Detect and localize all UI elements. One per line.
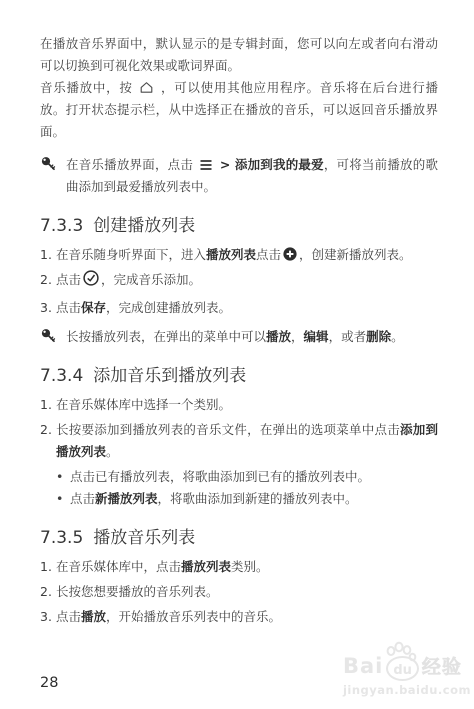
section-7-3-4: 7.3.4添加音乐到播放列表 1. 在音乐媒体库中选择一个类别。 2. 长按要添… [40, 361, 438, 510]
text-run: 播放列表 [206, 247, 256, 262]
text-run: 类别。 [231, 559, 269, 574]
step-item: 1. 在音乐媒体库中选择一个类别。 [40, 394, 438, 416]
step-text: 在音乐随身听界面下，进入播放列表点击，创建新播放列表。 [56, 244, 438, 266]
baidu-watermark: Bai du 经验 jingyan.baidu.com [343, 650, 471, 697]
step-number: 1. [40, 556, 56, 578]
page-footer: 28 Bai du 经验 jingyan.baidu.com [0, 629, 474, 709]
step-item: 3. 点击播放，开始播放音乐列表中的音乐。 [40, 606, 438, 628]
text-run: ，创建新播放列表。 [299, 247, 412, 262]
text-run: 保存 [81, 300, 106, 315]
home-icon [139, 81, 154, 94]
section-number: 7.3.4 [40, 366, 83, 386]
step-text: 点击保存，完成创建播放列表。 [56, 297, 438, 319]
step-number: 1. [40, 394, 56, 416]
section-7-3-3: 7.3.3创建播放列表 1. 在音乐随身听界面下，进入播放列表点击，创建新播放列… [40, 211, 438, 348]
step-text: 点击播放，开始播放音乐列表中的音乐。 [56, 606, 438, 628]
bullet-text: 点击新播放列表，将歌曲添加到新建的播放列表中。 [70, 488, 438, 510]
step-item: 2. 点击，完成音乐添加。 [40, 269, 438, 291]
text-run: 长按播放列表，在弹出的菜单中可以 [66, 329, 266, 344]
intro-paragraph-1: 在播放音乐界面中，默认显示的是专辑封面，您可以向左或者向右滑动可以切换到可视化效… [40, 33, 438, 77]
step-text: 在音乐媒体库中选择一个类别。 [56, 394, 438, 416]
step-item: 3. 点击保存，完成创建播放列表。 [40, 297, 438, 319]
step-text: 在音乐媒体库中，点击播放列表类别。 [56, 556, 438, 578]
step-number: 1. [40, 244, 56, 266]
text-run: 在播放音乐界面中，默认显示的是专辑封面，您可以向左或者向右滑动可以切换到可视化效… [40, 36, 438, 73]
text-run: 。 [106, 444, 119, 459]
text-run: ，完成创建播放列表。 [106, 300, 231, 315]
section-title: 添加音乐到播放列表 [93, 366, 246, 386]
section-title: 创建播放列表 [93, 216, 195, 236]
step-number: 2. [40, 419, 56, 463]
text-run: 点击 [70, 491, 95, 506]
paw-icon [382, 641, 418, 667]
text-run: 新播放列表 [95, 491, 158, 506]
step-text: 长按要添加到播放列表的音乐文件，在弹出的选项菜单中点击添加到播放列表。 [56, 419, 438, 463]
key-icon [40, 326, 58, 348]
bullet-item: 点击新播放列表，将歌曲添加到新建的播放列表中。 [56, 488, 438, 510]
note-text: 长按播放列表，在弹出的菜单中可以播放，编辑，或者删除。 [66, 326, 438, 348]
text-run: 在音乐播放界面，点击 [66, 157, 197, 172]
text-run: 在音乐随身听界面下，进入 [56, 247, 206, 262]
text-run: 播放列表 [181, 559, 231, 574]
section-7-3-5: 7.3.5播放音乐列表 1. 在音乐媒体库中，点击播放列表类别。 2. 长按您想… [40, 523, 438, 628]
manual-page: 在播放音乐界面中，默认显示的是专辑封面，您可以向左或者向右滑动可以切换到可视化效… [0, 0, 474, 709]
text-run: 。 [391, 329, 404, 344]
step-item: 2. 长按您想要播放的音乐列表。 [40, 581, 438, 603]
text-run: 点击 [56, 300, 81, 315]
text-run: 在音乐媒体库中，点击 [56, 559, 181, 574]
text-run: 长按要添加到播放列表的音乐文件，在弹出的选项菜单中点击 [56, 422, 400, 437]
step-item: 1. 在音乐随身听界面下，进入播放列表点击，创建新播放列表。 [40, 244, 438, 266]
note-text: 在音乐播放界面，点击 > 添加到我的最爱，可将当前播放的歌曲添加到最爱播放列表中… [66, 154, 438, 198]
section-heading: 7.3.5播放音乐列表 [40, 523, 438, 548]
page-content: 在播放音乐界面中，默认显示的是专辑封面，您可以向左或者向右滑动可以切换到可视化效… [0, 0, 474, 628]
bullet-dot [56, 488, 70, 510]
text-run: 播放 [266, 329, 291, 344]
section-heading: 7.3.4添加音乐到播放列表 [40, 361, 438, 386]
text-run: 点击 [256, 247, 281, 262]
text-run: 播放 [81, 609, 106, 624]
watermark-url: jingyan.baidu.com [343, 683, 471, 697]
watermark-du-oval: du [386, 656, 419, 681]
text-run: 在音乐媒体库中选择一个类别。 [56, 397, 231, 412]
step-text: 长按您想要播放的音乐列表。 [56, 581, 438, 603]
step-item: 1. 在音乐媒体库中，点击播放列表类别。 [40, 556, 438, 578]
bullet-text: 点击已有播放列表，将歌曲添加到已有的播放列表中。 [70, 466, 438, 488]
text-run: ，开始播放音乐列表中的音乐。 [106, 609, 281, 624]
text-run: 长按您想要播放的音乐列表。 [56, 584, 219, 599]
step-number: 3. [40, 606, 56, 628]
text-run: > 添加到我的最爱 [215, 157, 324, 172]
page-number: 28 [40, 675, 58, 691]
section-number: 7.3.3 [40, 216, 83, 236]
tip-note: 在音乐播放界面，点击 > 添加到我的最爱，可将当前播放的歌曲添加到最爱播放列表中… [40, 154, 438, 198]
bullet-item: 点击已有播放列表，将歌曲添加到已有的播放列表中。 [56, 466, 438, 488]
bullet-dot [56, 466, 70, 488]
step-text: 点击，完成音乐添加。 [56, 269, 438, 291]
step-number: 3. [40, 297, 56, 319]
step-number: 2. [40, 581, 56, 603]
watermark-jingyan: 经验 [422, 652, 462, 679]
text-run: 音乐播放中，按 [40, 80, 137, 95]
add-icon [283, 247, 297, 261]
text-run: 删除 [366, 329, 391, 344]
section-heading: 7.3.3创建播放列表 [40, 211, 438, 236]
text-run: 点击 [56, 609, 81, 624]
text-run: 编辑 [304, 329, 329, 344]
text-run: 点击已有播放列表，将歌曲添加到已有的播放列表中。 [70, 469, 370, 484]
section-title: 播放音乐列表 [93, 528, 195, 548]
step-item: 2. 长按要添加到播放列表的音乐文件，在弹出的选项菜单中点击添加到播放列表。 [40, 419, 438, 463]
text-run: ，将歌曲添加到新建的播放列表中。 [158, 491, 358, 506]
menu-icon [199, 159, 213, 171]
intro-paragraph-2: 音乐播放中，按 ，可以使用其他应用程序。音乐将在后台进行播放。打开状态提示栏，从… [40, 77, 438, 143]
text-run: 点击 [56, 272, 81, 287]
section-number: 7.3.5 [40, 528, 83, 548]
step-number: 2. [40, 269, 56, 291]
key-icon [40, 154, 58, 198]
watermark-bai: Bai [343, 654, 383, 678]
text-run: ，完成音乐添加。 [101, 272, 201, 287]
check-icon [83, 270, 99, 286]
tip-note: 长按播放列表，在弹出的菜单中可以播放，编辑，或者删除。 [40, 326, 438, 348]
text-run: ， [291, 329, 304, 344]
text-run: ，或者 [329, 329, 367, 344]
baidu-logo: Bai du 经验 [343, 650, 471, 681]
